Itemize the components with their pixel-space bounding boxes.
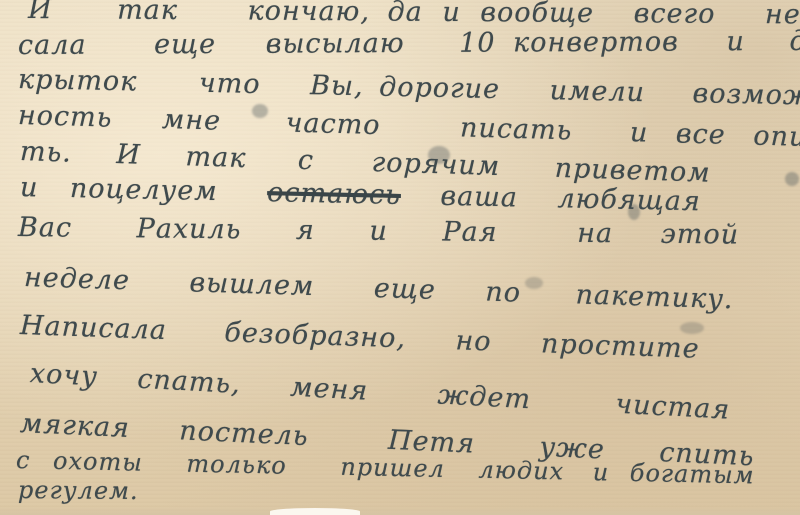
word: и (369, 216, 388, 247)
word: часто (285, 107, 381, 141)
word: но (455, 325, 492, 357)
paper-bottom-edge (0, 507, 800, 515)
word: ваша (440, 181, 518, 214)
word: с (16, 446, 31, 474)
letter-line-13: регулем. (18, 476, 139, 505)
word: высылаю (266, 28, 405, 60)
struck-word: остаюсь (267, 177, 401, 211)
word: безобразно, (224, 317, 407, 354)
word: меня (289, 372, 369, 407)
word: мне (162, 104, 222, 137)
word: спать, (137, 364, 242, 400)
word: любящая (557, 183, 701, 217)
word: имели (549, 75, 645, 108)
word: мягкая (19, 408, 130, 444)
paper-torn-spot (270, 508, 360, 515)
word: горячим (371, 147, 501, 182)
word: и (592, 458, 609, 486)
word: простите (541, 328, 701, 365)
ink-stain (785, 172, 799, 186)
word: ть. (20, 136, 73, 169)
word: и (630, 117, 649, 149)
word: вообще (480, 0, 594, 29)
word: и (726, 26, 745, 57)
word: описыва- (753, 121, 800, 156)
word: что (199, 68, 261, 100)
word: чистая (615, 389, 731, 426)
word: дорогие (379, 72, 501, 106)
letter-line-7: Вас Рахиль я и Рая на этой (18, 212, 739, 251)
word: по (485, 277, 522, 309)
word: Рахиль (136, 213, 241, 245)
word: еще (373, 273, 436, 306)
word: возмож- (692, 78, 800, 112)
word: этой (661, 219, 740, 251)
word: 10 (459, 27, 496, 58)
word: регулем. (18, 476, 139, 505)
word: только (186, 450, 287, 480)
word: охоты (53, 447, 143, 477)
word: И (28, 0, 53, 25)
word: до (789, 26, 800, 57)
word: людих (478, 456, 564, 486)
word: так (185, 141, 247, 174)
letter-page: И так кончаю, да и вообще всего не запи-… (0, 0, 800, 515)
word: на (577, 218, 613, 249)
word: Написала (19, 310, 167, 346)
letter-line-8: неделе вышлем еще по пакетику. (24, 262, 734, 315)
word: Вы, (310, 70, 364, 102)
word: И (116, 139, 142, 171)
word: еще (154, 29, 216, 60)
word: крыток (18, 64, 138, 97)
word: все (675, 118, 726, 150)
word: ждет (437, 379, 532, 415)
word: и (442, 0, 461, 28)
word: неделе (24, 262, 131, 296)
letter-line-2: сала еще высылаю 10 конвертов и до от- (18, 25, 800, 61)
word: с (297, 145, 314, 176)
word: сала (18, 30, 87, 61)
word: поцелуем (70, 173, 218, 207)
word: хочу (29, 358, 98, 393)
word: кончаю, (247, 0, 370, 27)
word: так (117, 0, 178, 26)
word: всего (634, 0, 716, 30)
word: ность (18, 100, 113, 134)
word: пакетику. (575, 279, 734, 315)
word: Вас (18, 212, 72, 244)
word: вышлем (189, 267, 315, 302)
word: и (20, 172, 39, 203)
word: да (387, 0, 422, 28)
word: пришел (340, 453, 445, 483)
word: Рая (442, 216, 497, 248)
word: богатым (630, 459, 755, 490)
word: конвертов (513, 27, 679, 59)
letter-line-9: Написала безобразно, но простите (19, 310, 700, 365)
word: писать (460, 112, 573, 146)
word: я (296, 215, 315, 246)
word: постель (179, 415, 310, 452)
